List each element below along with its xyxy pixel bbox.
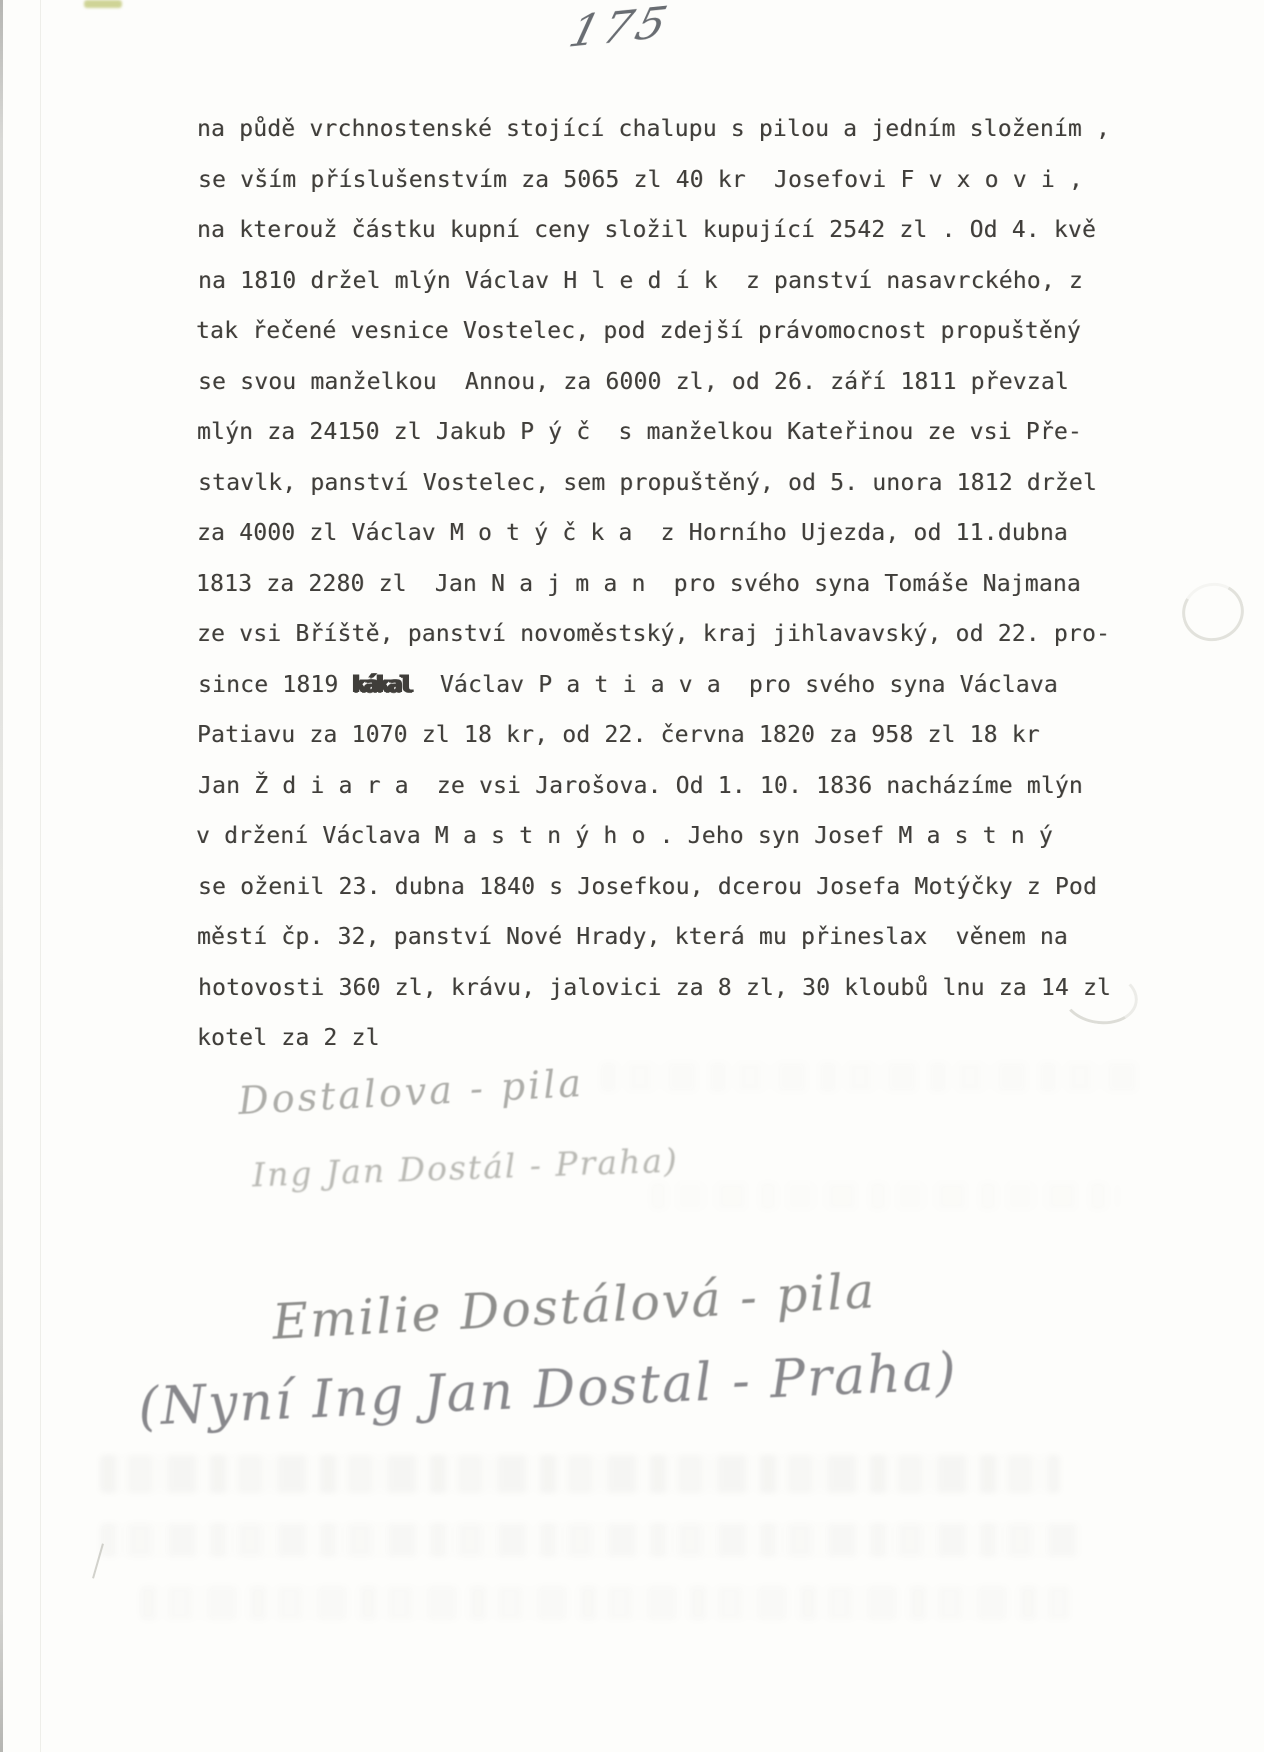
page-number: 175: [564, 0, 676, 58]
typed-line: stavlk, panství Vostelec, sem propuštěný…: [198, 458, 1142, 509]
punch-hole-ghost: [1176, 576, 1251, 648]
typed-line: na kterouž částku kupní ceny složil kupu…: [197, 205, 1142, 256]
fold-line: [40, 0, 41, 1752]
ghost-text-row: [100, 1455, 1060, 1493]
typed-line: kotel za 2 zl: [197, 1013, 1142, 1064]
ink-smudge-mark: [84, 0, 122, 8]
typed-line-segment: Václav P a t i a v a pro svého syna Václ…: [412, 672, 1058, 698]
overstruck-word: kákal: [353, 672, 412, 698]
handwritten-note-emilie-dostalova: Emilie Dostálová - pila: [271, 1262, 878, 1351]
typed-line: městí čp. 32, panství Nové Hrady, která …: [197, 912, 1142, 963]
typed-line: since 1819 kákal Václav P a t i a v a pr…: [198, 660, 1142, 711]
typed-line: 1813 za 2280 zl Jan N a j m a n pro svéh…: [196, 559, 1142, 610]
ghost-text-row: [100, 1523, 1085, 1557]
typed-line: se vším příslušenstvím za 5065 zl 40 kr …: [198, 155, 1142, 206]
typed-line: Jan Ž d i a r a ze vsi Jarošova. Od 1. 1…: [198, 761, 1142, 812]
typed-text-block: na půdě vrchnostenské stojící chalupu s …: [197, 104, 1142, 1064]
scanned-document-page: 175 na půdě vrchnostenské stojící chalup…: [0, 0, 1264, 1752]
handwritten-note-jan-dostal: Ing Jan Dostál - Praha): [251, 1141, 679, 1195]
ghost-text-row: [650, 1182, 1120, 1210]
typed-line: se oženil 23. dubna 1840 s Josefkou, dce…: [198, 862, 1142, 913]
typed-line: ze vsi Bříště, panství novoměstský, kraj…: [197, 609, 1142, 660]
typed-line: v držení Václava M a s t n ý h o . Jeho …: [196, 811, 1142, 862]
handwritten-note-nyni-jan-dostal: (Nyní Ing Jan Dostal - Praha): [137, 1342, 959, 1438]
typed-line: hotovosti 360 zl, krávu, jalovici za 8 z…: [198, 963, 1142, 1014]
handwritten-note-owner-pila: Dostalova - pila: [237, 1061, 585, 1123]
scan-edge-line: [0, 0, 3, 1752]
typed-line-segment: since 1819: [198, 672, 353, 698]
typed-line: na půdě vrchnostenské stojící chalupu s …: [197, 104, 1142, 155]
typed-line: se svou manželkou Annou, za 6000 zl, od …: [198, 357, 1142, 408]
typed-line: na 1810 držel mlýn Václav H l e d í k z …: [198, 256, 1142, 307]
typed-line: za 4000 zl Václav M o t ý č k a z Horníh…: [197, 508, 1142, 559]
typed-line: tak řečené vesnice Vostelec, pod zdejší …: [196, 306, 1142, 357]
typed-line: mlýn za 24150 zl Jakub P ý č s manželkou…: [197, 407, 1142, 458]
ghost-text-row: [600, 1062, 1145, 1092]
ghost-text-row: [140, 1586, 1070, 1620]
typed-line: Patiavu za 1070 zl 18 kr, od 22. června …: [197, 710, 1142, 761]
